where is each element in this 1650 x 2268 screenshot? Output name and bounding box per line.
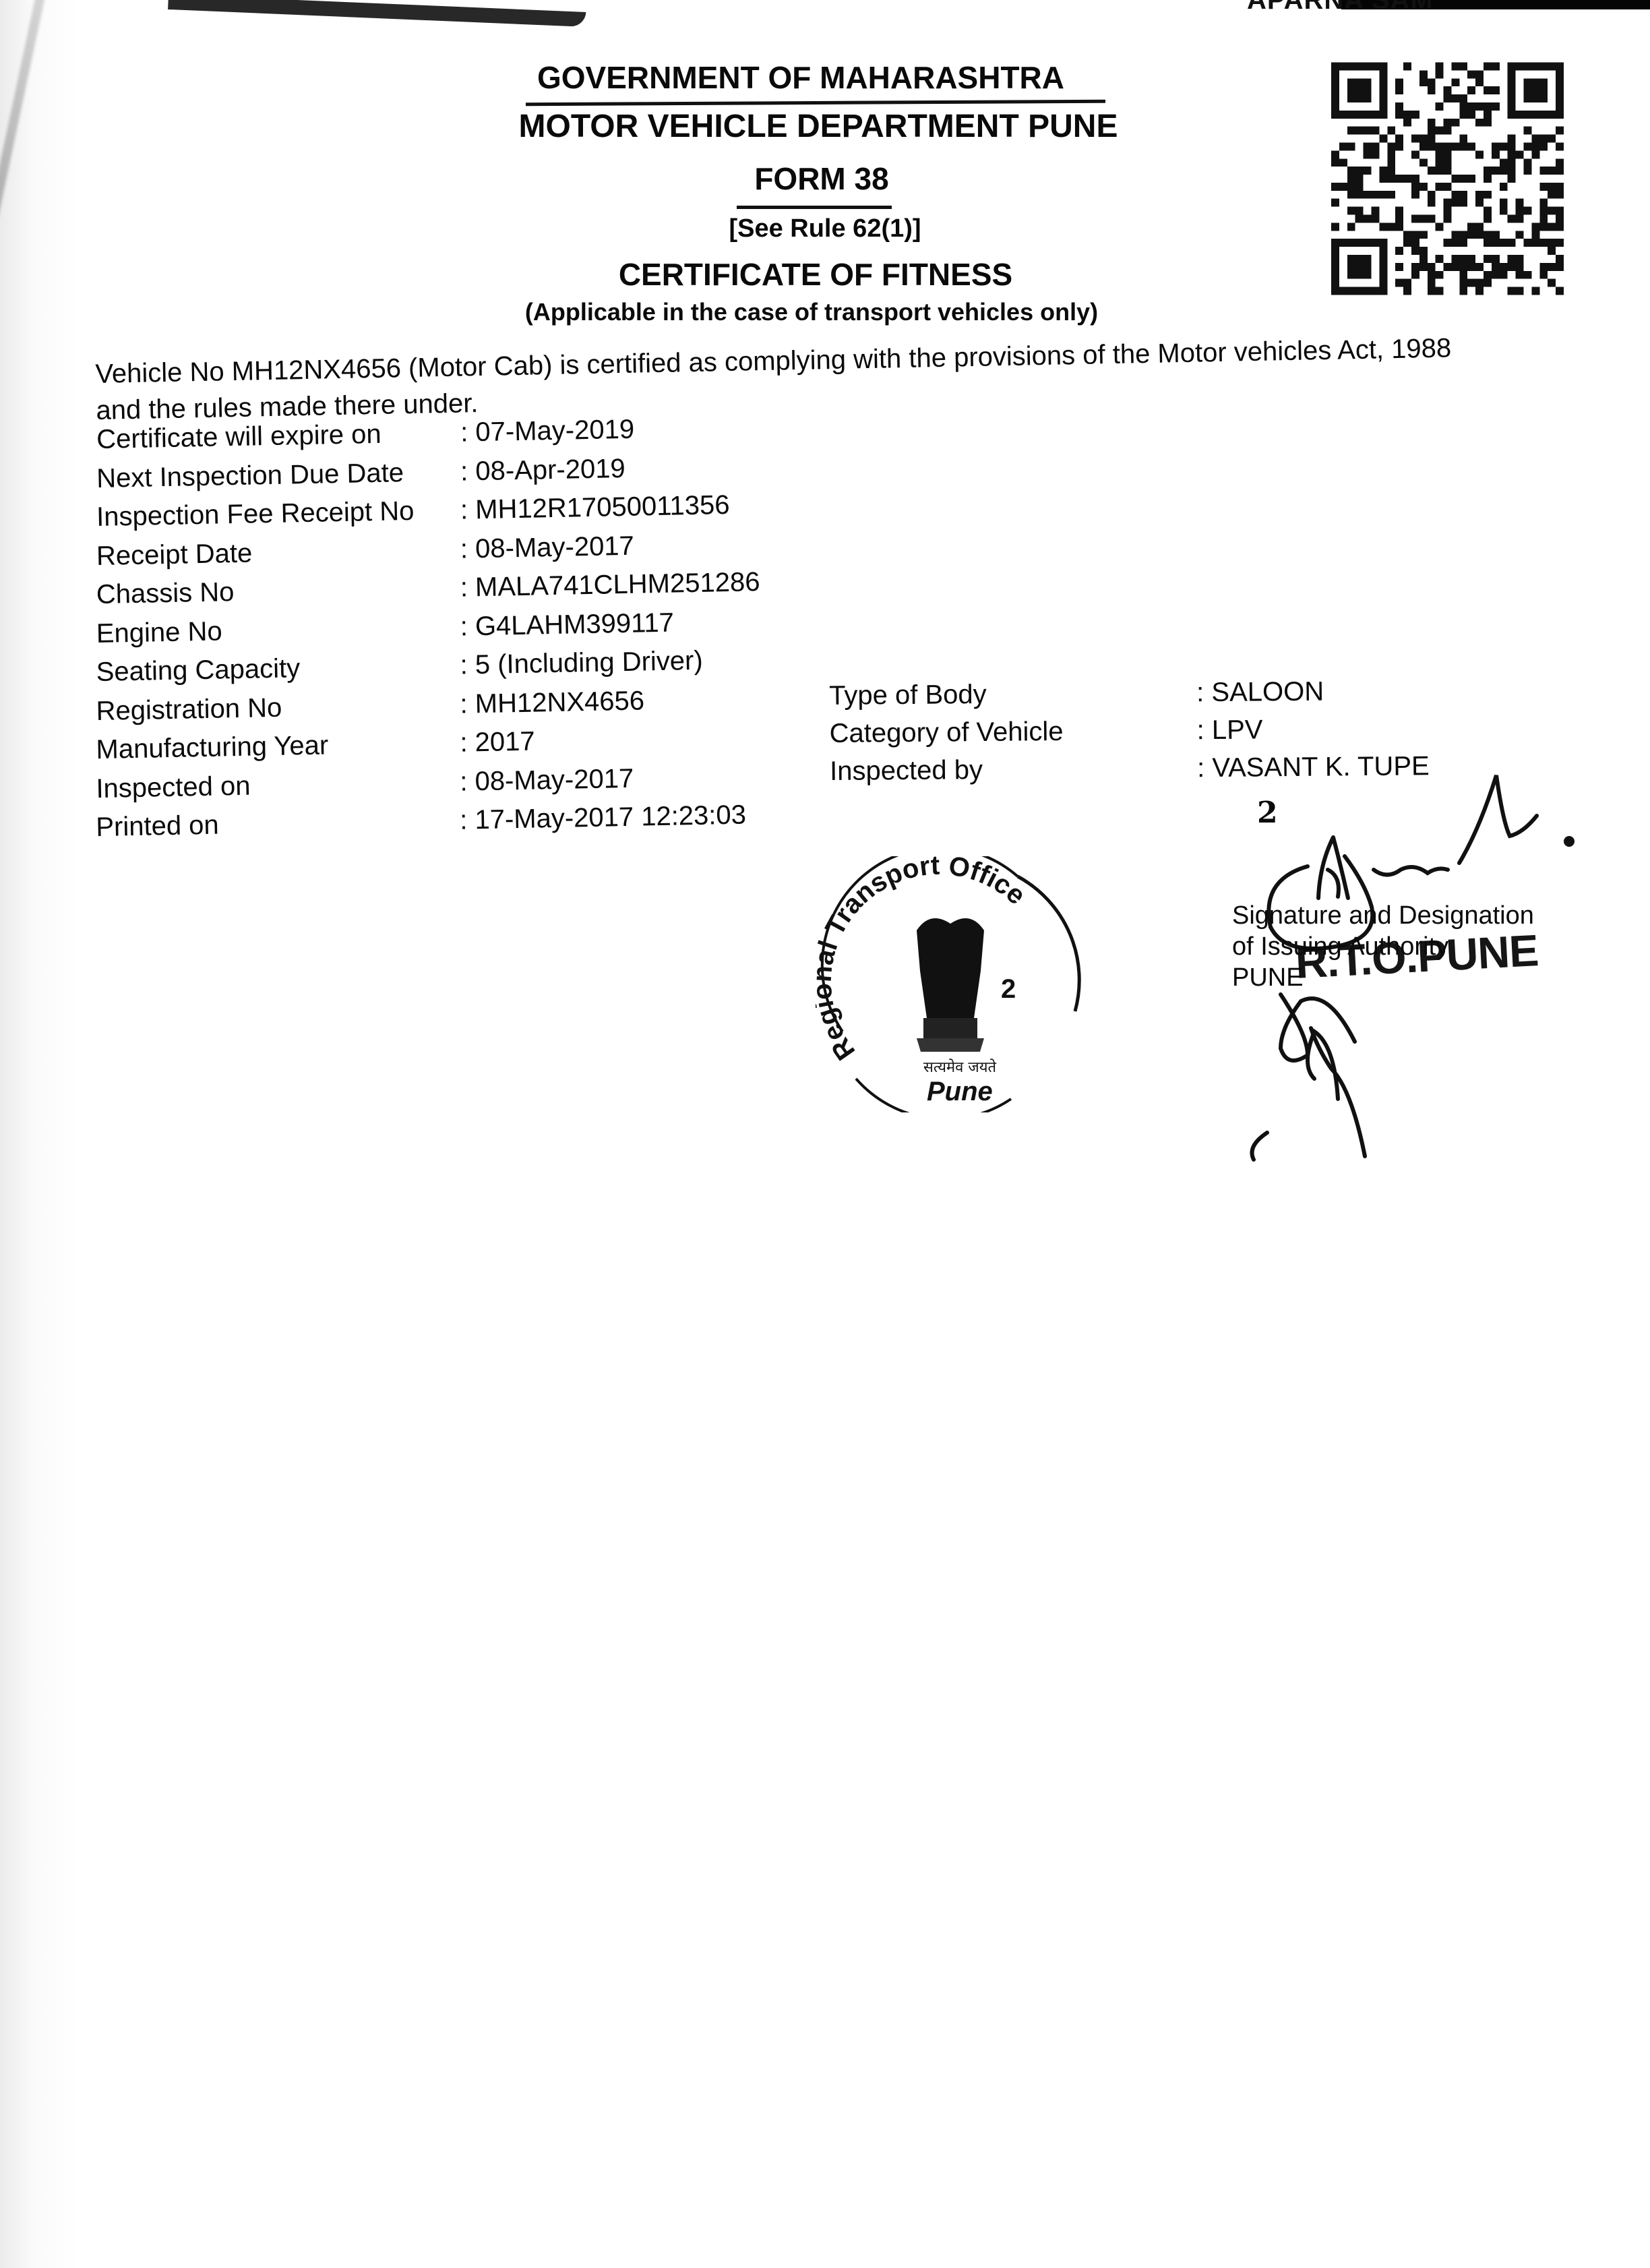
field-value: : 08-Apr-2019	[460, 453, 625, 487]
field-value: : 5 (Including Driver)	[460, 646, 703, 681]
field-value: : G4LAHM399117	[460, 607, 674, 642]
field-label: Registration No	[96, 689, 460, 726]
certification-statement: Vehicle No MH12NX4656 (Motor Cab) is cer…	[95, 329, 1512, 429]
field-value: : MH12R17050011356	[460, 490, 730, 526]
field-label: Engine No	[96, 611, 460, 649]
field-label: Receipt Date	[96, 534, 461, 571]
field-label: Chassis No	[96, 573, 460, 610]
rto-seal: Regional Transport Office 2 सत्यमेव जयते…	[816, 856, 1085, 1112]
field-label: Seating Capacity	[96, 651, 460, 688]
field-value: : 08-May-2017	[460, 763, 634, 797]
field-label: Manufacturing Year	[96, 728, 460, 765]
scan-edge-shadow	[0, 0, 81, 2268]
field-value: : MALA741CLHM251286	[460, 567, 760, 603]
field-label: Certificate will expire on	[96, 418, 461, 455]
field-row: Registration No: MH12NX4656	[96, 686, 644, 727]
field-row: Chassis No: MALA741CLHM251286	[96, 567, 760, 610]
field-row: Manufacturing Year: 2017	[96, 727, 535, 765]
seal-motto: सत्यमेव जयते	[923, 1058, 996, 1076]
right-field-label: Type of Body	[829, 678, 1196, 711]
field-row: Inspection Fee Receipt No: MH12R17050011…	[96, 490, 730, 533]
field-row: Receipt Date: 08-May-2017	[96, 531, 635, 571]
right-field-label: Category of Vehicle	[829, 715, 1196, 749]
seal-city: Pune	[927, 1077, 993, 1106]
right-field-row: Category of Vehicle: LPV	[829, 715, 1262, 749]
seal-number: 2	[1001, 974, 1016, 1004]
top-handwritten-name: APARNA SAM	[1247, 0, 1434, 16]
right-field-row: Type of Body: SALOON	[829, 677, 1324, 711]
right-field-value: : SALOON	[1196, 677, 1324, 708]
field-label: Printed on	[96, 806, 460, 843]
field-label: Next Inspection Due Date	[96, 456, 461, 494]
field-value: : 2017	[460, 727, 535, 758]
right-field-value: : LPV	[1196, 715, 1262, 745]
field-value: : MH12NX4656	[460, 686, 644, 719]
field-row: Engine No: G4LAHM399117	[96, 607, 674, 649]
field-row: Next Inspection Due Date: 08-Apr-2019	[96, 453, 625, 494]
right-field-label: Inspected by	[830, 753, 1197, 787]
heading-underline	[526, 100, 1105, 107]
field-row: Inspected on: 08-May-2017	[96, 763, 634, 804]
state-emblem-icon	[917, 918, 984, 1052]
field-label: Inspected on	[96, 767, 460, 804]
field-label: Inspection Fee Receipt No	[96, 496, 461, 533]
field-value: : 07-May-2019	[460, 415, 635, 448]
form-underline	[737, 206, 892, 209]
scan-top-smudge	[168, 0, 586, 27]
field-value: : 17-May-2017 12:23:03	[460, 800, 747, 836]
qr-code-icon	[1331, 61, 1564, 297]
field-row: Seating Capacity: 5 (Including Driver)	[96, 646, 703, 688]
field-row: Printed on: 17-May-2017 12:23:03	[96, 800, 746, 843]
field-value: : 08-May-2017	[460, 531, 634, 564]
